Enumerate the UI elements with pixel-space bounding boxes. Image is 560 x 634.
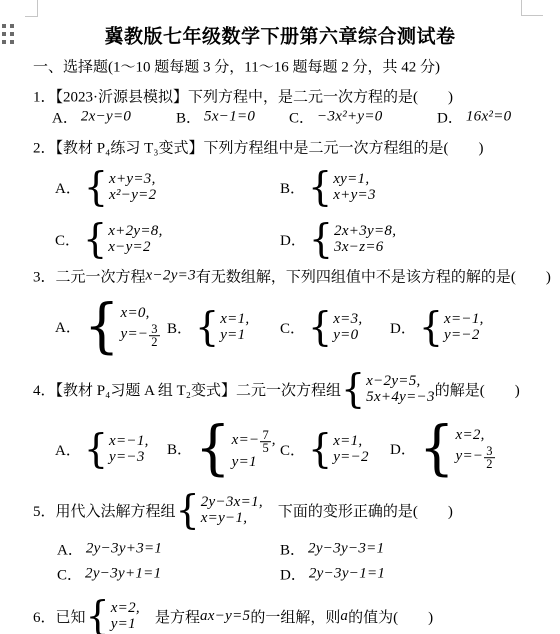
option-label: A． [57,539,83,560]
q4-option-c: C． { x=1, y=−2 [280,433,369,465]
fraction-numerator: 3 [149,323,159,336]
equation: ax−y=5 [200,607,250,624]
q5-option-b: B． 2y−3y−3=1 [280,539,384,560]
brace-icon: { [419,424,455,474]
equation-line: x=1, [333,433,369,449]
equation: 2y−3y+1=1 [85,566,161,583]
option-label: C． [57,564,82,585]
equation-system: { x=− 7 5 , y=1 [195,425,276,473]
equation-line: x=1, [220,311,249,327]
q4-option-b: B． { x=− 7 5 , y=1 [167,425,276,473]
option-label: A． [55,317,81,338]
stem-text: 的值为( ) [348,605,433,626]
option-label: C． [55,228,80,249]
q1-option-d: D． 16x²=0 [437,107,511,128]
q3-option-d: D． { x=−1, y=−2 [390,311,484,343]
equation-system: { x+2y=8, x−y=2 [83,223,163,255]
q5-option-c: C． 2y−3y+1=1 [57,564,161,585]
brace-icon: { [195,424,231,474]
equation-line: 2y−3x=1, [201,494,263,510]
question-4-stem: 4．【教材 P₄习题 A 组 T₂变式】二元一次方程组 { x−2y=5, 5x… [33,373,520,405]
equation-part: y=− [455,444,483,471]
equation-part: x=− [232,428,260,455]
question-3-stem: 3．二元一次方程 x−2y=3 有无数组解，下列四组值中不是该方程的解的是( ) [33,266,551,287]
equation-line: y=−2 [333,449,369,465]
page-title: 冀教版七年级数学下册第六章综合测试卷 [0,22,560,49]
equation-line: x=y−1, [201,510,263,526]
fraction: 3 2 [149,323,159,348]
option-label: B． [176,107,201,128]
option-label: C． [280,438,305,459]
equation-line: x−y=2 [108,239,162,255]
equation-line: y=1 [220,327,249,343]
q2-option-b: B． { xy=1, x+y=3 [280,171,376,203]
equation-line: x²−y=2 [109,187,156,203]
brace-icon: { [84,432,108,466]
brace-icon: { [84,302,120,352]
option-label: C． [289,107,314,128]
equation-line: y=−3 [109,449,149,465]
q1-option-a: A． 2x−y=0 [52,107,131,128]
equation-line: 2x+3y=8, [334,223,396,239]
equation: x−2y=3 [146,268,196,285]
brace-icon: { [195,310,219,344]
option-label: B． [280,176,305,197]
equation-line: y=1 [111,616,140,632]
equation: 16x²=0 [466,109,512,126]
brace-icon: { [176,493,200,527]
equation-system: { x=−1, y=−3 [84,433,149,465]
equation-line: y=0 [333,327,362,343]
option-label: C． [280,316,305,337]
fraction-numerator: 3 [484,445,494,458]
brace-icon: { [86,599,110,633]
equation: 2x−y=0 [81,109,131,126]
stem-text: 有无数组解，下列四组值中不是该方程的解的是( ) [196,266,551,287]
q1-option-c: C． −3x²+y=0 [289,107,383,128]
equation-system: { x=1, y=−2 [308,433,369,465]
section-header: 一、选择题(1～10 题每题 3 分，11～16 题每题 2 分，共 42 分) [33,56,440,77]
equation: 5x−1=0 [204,109,255,126]
equation-system: { 2x+3y=8, 3x−z=6 [309,223,396,255]
page-corner-mark-icon [521,0,543,16]
equation-line: y=1 [232,455,276,471]
option-label: B． [167,316,192,337]
equation-line: x−2y=5, [366,373,435,389]
brace-icon: { [308,170,332,204]
equation-system: { x=1, y=1 [195,311,249,343]
fraction-numerator: 7 [260,429,270,442]
stem-text: 4．【教材 P₄习题 A 组 T₂变式】二元一次方程组 [33,378,341,399]
equation-system: { x=2, y=1 [86,600,140,632]
test-paper-page: 冀教版七年级数学下册第六章综合测试卷 一、选择题(1～10 题每题 3 分，11… [0,0,560,634]
option-label: A． [52,107,78,128]
option-label: D． [390,316,416,337]
brace-icon: { [84,170,108,204]
q1-option-b: B． 5x−1=0 [176,107,255,128]
equation-system: { x=0, y=− 3 2 [84,303,161,351]
equation: 2y−3y+3=1 [86,541,162,558]
q2-option-a: A． { x+y=3, x²−y=2 [55,171,156,203]
equation-line: y=− 3 2 [120,322,160,349]
q4-option-d: D． { x=2, y=− 3 2 [390,425,496,473]
stem-text: 6．已知 [33,605,86,626]
question-6-stem: 6．已知 { x=2, y=1 是方程 ax−y=5 的一组解，则 a 的值为(… [33,600,433,632]
equation: 2y−3y−3=1 [308,541,384,558]
q2-option-d: D． { 2x+3y=8, 3x−z=6 [280,223,396,255]
q5-option-d: D． 2y−3y−1=1 [280,564,385,585]
option-label: B． [167,439,192,460]
equation-system: { x−2y=5, 5x+4y=−3 [341,373,435,405]
option-label: B． [280,539,305,560]
option-label: D． [390,439,416,460]
q3-option-b: B． { x=1, y=1 [167,311,249,343]
equation-line: x=2, [455,428,495,444]
stem-text: 3．二元一次方程 [33,266,146,287]
variable: a [340,607,348,624]
equation-line: x=0, [120,306,160,322]
fraction-denominator: 2 [149,336,159,348]
question-2-stem: 2．【教材 P₄练习 T₃变式】下列方程组中是二元一次方程组的是( ) [33,137,483,158]
option-label: A． [55,438,81,459]
equation-system: { x+y=3, x²−y=2 [84,171,157,203]
stem-text: 下面的变形正确的是( ) [263,499,453,520]
equation-part: , [272,428,276,455]
q4-option-a: A． { x=−1, y=−3 [55,433,149,465]
option-label: D． [280,564,306,585]
equation-line: y=− 3 2 [455,444,495,471]
equation-line: x=−1, [444,311,484,327]
page-corner-mark-icon [25,0,38,17]
q5-option-a: A． 2y−3y+3=1 [57,539,162,560]
equation-line: x=2, [111,600,140,616]
fraction-denominator: 2 [484,458,494,470]
brace-icon: { [308,432,332,466]
stem-text: 的一组解，则 [250,605,340,626]
equation-system: { xy=1, x+y=3 [308,171,376,203]
equation-system: { x=3, y=0 [308,311,362,343]
fraction: 3 2 [484,445,494,470]
stem-text: 5．用代入法解方程组 [33,499,176,520]
stem-text: 是方程 [140,605,200,626]
equation-line: x+2y=8, [108,223,162,239]
equation-line: y=−2 [444,327,484,343]
brace-icon: { [419,310,443,344]
equation-line: x=−1, [109,433,149,449]
option-label: A． [55,176,81,197]
q3-option-a: A． { x=0, y=− 3 2 [55,303,161,351]
q3-option-c: C． { x=3, y=0 [280,311,362,343]
equation-line: 3x−z=6 [334,239,396,255]
equation-system: { x=2, y=− 3 2 [419,425,496,473]
equation: 2y−3y−1=1 [309,566,385,583]
equation-line: x=3, [333,311,362,327]
question-5-stem: 5．用代入法解方程组 { 2y−3x=1, x=y−1, 下面的变形正确的是( … [33,494,453,526]
equation-system: { x=−1, y=−2 [419,311,484,343]
equation-line: 5x+4y=−3 [366,389,435,405]
equation-line: xy=1, [333,171,376,187]
brace-icon: { [309,222,333,256]
equation-line: x+y=3 [333,187,376,203]
brace-icon: { [341,372,365,406]
brace-icon: { [308,310,332,344]
question-1-stem: 1．【2023·沂源县模拟】下列方程中，是二元一次方程的是( ) [33,86,453,107]
stem-text: 的解是( ) [435,378,520,399]
equation-line: x+y=3, [109,171,156,187]
brace-icon: { [83,222,107,256]
fraction: 7 5 [260,429,270,454]
equation-system: { 2y−3x=1, x=y−1, [176,494,263,526]
equation-line: x=− 7 5 , [232,428,276,455]
equation-part: y=− [120,322,148,349]
option-label: D． [280,228,306,249]
equation: −3x²+y=0 [317,109,383,126]
option-label: D． [437,107,463,128]
q2-option-c: C． { x+2y=8, x−y=2 [55,223,163,255]
fraction-denominator: 5 [260,442,270,454]
